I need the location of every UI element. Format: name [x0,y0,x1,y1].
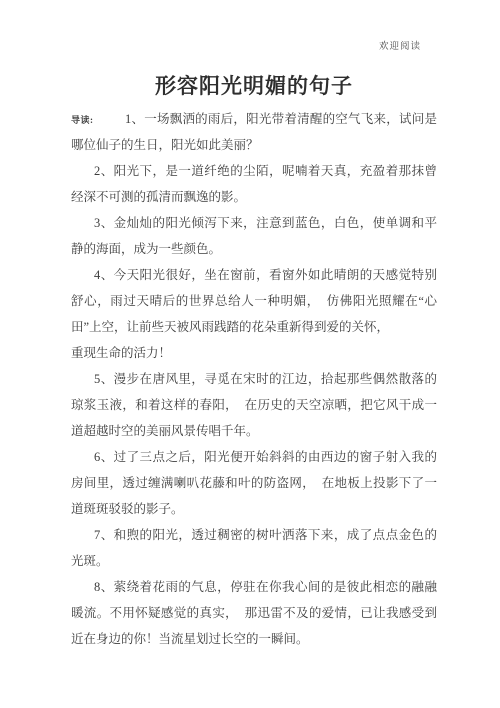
paragraph-7: 7、和煦的阳光，透过稠密的树叶洒落下来，成了点点金色的光斑。 [71,522,437,574]
paragraph-4: 4、今天阳光很好，坐在窗前，看窗外如此晴朗的天感觉特别舒心，雨过天晴后的世界总给… [71,262,437,340]
body-text: 导读: 1、一场飘洒的雨后，阳光带着清醒的空气飞来，试问是哪位仙子的生日，阳光如… [71,106,437,652]
paragraph-2: 2、阳光下，是一道纤绝的尘陌，呢喃着天真，充盈着那抹曾经深不可测的孤清而飘逸的影… [71,158,437,210]
paragraph-4-continuation: 重现生命的活力！ [71,340,437,366]
paragraph-3: 3、金灿灿的阳光倾泻下来，注意到蓝色，白色，使单调和平静的海面，成为一些颜色。 [71,210,437,262]
document-page: 欢迎阅读 形容阳光明媚的句子 导读: 1、一场飘洒的雨后，阳光带着清醒的空气飞来… [0,0,500,708]
paragraph-5: 5、漫步在唐风里，寻觅在宋时的江边，拾起那些偶然散落的琼浆玉液，和着这样的春阳，… [71,366,437,444]
page-content: 形容阳光明媚的句子 导读: 1、一场飘洒的雨后，阳光带着清醒的空气飞来，试问是哪… [0,0,500,652]
paragraph-6: 6、过了三点之后，阳光便开始斜斜的由西边的窗子射入我的房间里，透过缠满喇叭花藤和… [71,444,437,522]
paragraph-8: 8、萦绕着花雨的气息，停驻在你我心间的是彼此相恋的融融暖流。不用怀疑感觉的真实，… [71,574,437,652]
header-welcome-note: 欢迎阅读 [379,38,421,52]
paragraph-1: 1、一场飘洒的雨后，阳光带着清醒的空气飞来，试问是哪位仙子的生日，阳光如此美丽？ [71,106,437,158]
lead-label: 导读: [71,113,94,126]
